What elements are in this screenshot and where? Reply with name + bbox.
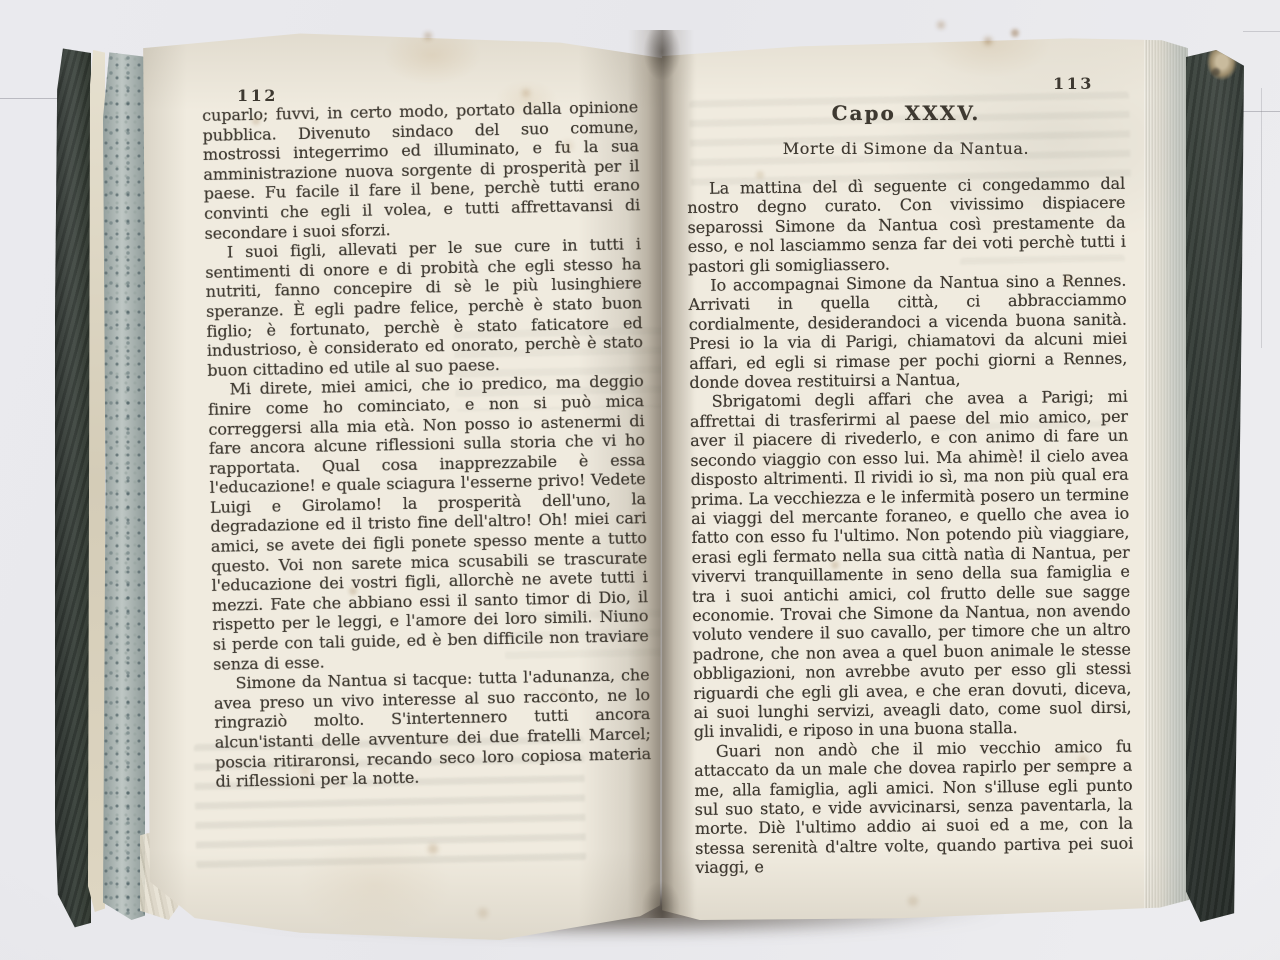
photo-backdrop: 112 cuparlo; fuvvi, in certo modo, porta…	[0, 0, 1280, 960]
book-cover-left	[55, 45, 91, 930]
chapter-heading: Capo XXXV.	[687, 101, 1125, 125]
paragraph: I suoi figli, allevati per le sue cure i…	[205, 234, 644, 380]
right-page-text: La mattina del dì seguente ci congedammo…	[687, 174, 1134, 878]
page-edges-marbled-left	[103, 48, 145, 920]
backdrop-crease	[1243, 31, 1280, 32]
paragraph: Guari non andò che il mio vecchio amico …	[694, 736, 1134, 877]
backdrop-crease	[1261, 88, 1262, 348]
paragraph: Io accompagnai Simone da Nantua sino a R…	[688, 271, 1127, 393]
page-edges-right	[1144, 38, 1190, 915]
page-number-left: 112	[237, 86, 278, 105]
left-page: 112 cuparlo; fuvvi, in certo modo, porta…	[140, 28, 662, 940]
right-page: 113 Capo XXXV. Morte di Simone da Nantua…	[660, 34, 1190, 920]
foxing-spots	[0, 0, 6, 6]
left-page-text: cuparlo; fuvvi, in certo modo, portato d…	[202, 97, 652, 791]
paragraph: cuparlo; fuvvi, in certo modo, portato d…	[202, 97, 641, 243]
paragraph: Simone da Nantua si tacque: tutta l'adun…	[213, 665, 651, 791]
page-number-right: 113	[1053, 74, 1094, 93]
chapter-subtitle: Morte di Simone da Nantua.	[687, 139, 1125, 158]
paragraph: Sbrigatomi degli affari che avea a Parig…	[690, 387, 1132, 742]
backdrop-crease	[0, 98, 64, 99]
paragraph: Mi direte, miei amici, che io predico, m…	[208, 372, 650, 675]
cover-wear-spot	[1202, 42, 1242, 86]
book-cover-right	[1186, 50, 1244, 922]
paragraph: La mattina del dì seguente ci congedammo…	[687, 174, 1126, 276]
endpaper-edge-left	[88, 50, 105, 912]
